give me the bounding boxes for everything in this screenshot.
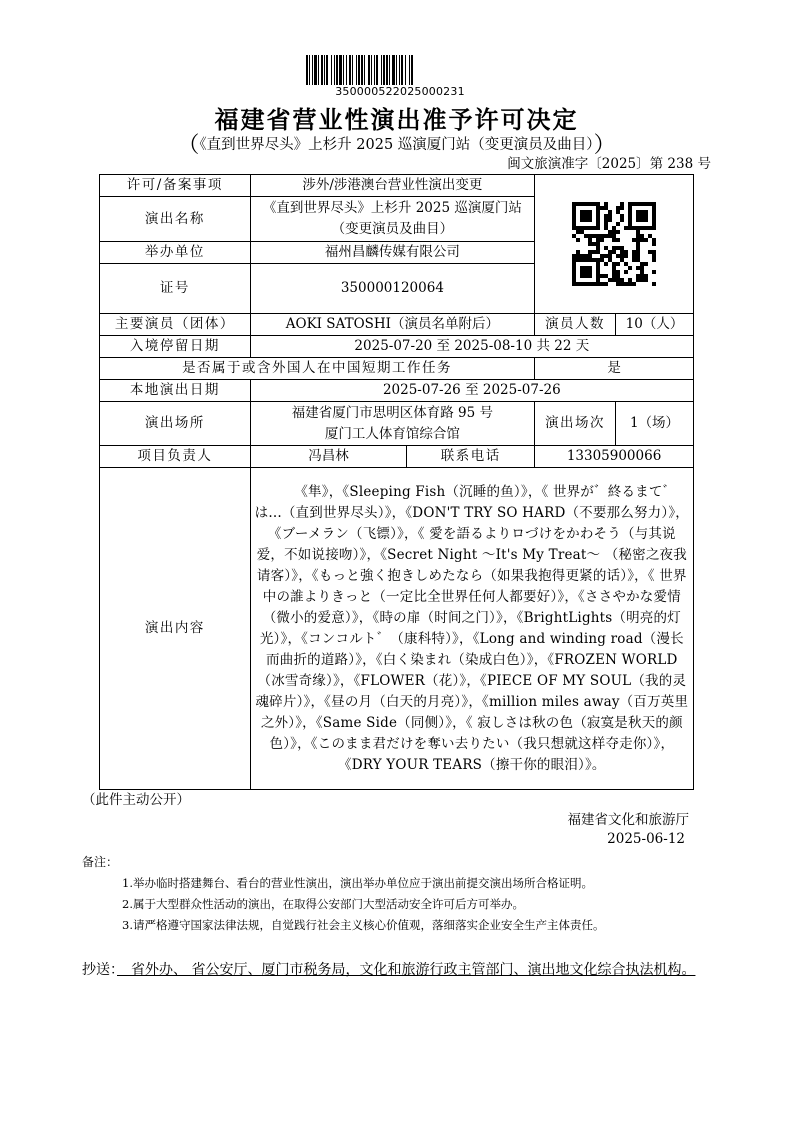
remarks-title: 备注： <box>82 853 118 870</box>
show-count-label: 演出场次 <box>535 402 616 446</box>
stay-dates-label: 入境停留日期 <box>100 336 251 358</box>
permit-item-value: 涉外/涉港澳台营业性演出变更 <box>250 175 534 197</box>
project-lead-value: 冯昌林 <box>250 446 407 468</box>
remark-item: 3.请严格遵守国家法律法规，自觉践行社会主义核心价值观，落细落实企业安全生产主体… <box>122 917 604 933</box>
cert-no-label: 证号 <box>100 264 251 314</box>
barcode-number: 35000052202500023​1 <box>300 85 500 98</box>
issuing-authority: 福建省文化和旅游厅 <box>568 808 690 828</box>
permit-table: 许可/备案事项 涉外/涉港澳台营业性演出变更 演出名称 《直到世界尽头》上杉升 … <box>99 174 694 790</box>
performer-count-value: 10（人） <box>616 314 694 336</box>
public-disclosure-note: （此件主动公开） <box>82 788 190 808</box>
permit-item-label: 许可/备案事项 <box>100 175 251 197</box>
organizer-value: 福州昌麟传媒有限公司 <box>250 242 534 264</box>
qr-code-cell <box>535 175 694 314</box>
organizer-label: 举办单位 <box>100 242 251 264</box>
stay-dates-value: 2025-07-20 至 2025-08-10 共 22 天 <box>250 336 693 358</box>
cert-no-value: 350000120064 <box>250 264 534 314</box>
issue-date: 2025-06-12 <box>607 831 685 847</box>
cc-recipients: 省外办、 省公安厅、厦门市税务局，文化和旅游行政主管部门、演出地文化综合执法机构… <box>117 962 695 978</box>
contact-phone-value: 13305900066 <box>535 446 694 468</box>
local-dates-label: 本地演出日期 <box>100 380 251 402</box>
barcode <box>306 55 490 85</box>
project-lead-label: 项目负责人 <box>100 446 251 468</box>
content-label: 演出内容 <box>100 468 251 790</box>
short-term-work-value: 是 <box>535 358 694 380</box>
show-name-value: 《直到世界尽头》上杉升 2025 巡演厦门站（变更演员及曲目） <box>250 197 534 242</box>
show-count-value: 1（场） <box>616 402 694 446</box>
contact-phone-label: 联系电话 <box>407 446 535 468</box>
subtitle-text: 《直到世界尽头》上杉升 2025 巡演厦门站（变更演员及曲目） <box>199 137 593 153</box>
remark-item: 2.属于大型群众性活动的演出，在取得公安部门大型活动安全许可后方可举办。 <box>122 896 524 912</box>
remark-item: 1.举办临时搭建舞台、看台的营业性演出，演出举办单位应于演出前提交演出场所合格证… <box>122 875 593 891</box>
venue-address: 福建省厦门市思明区体育路 95 号 <box>255 403 530 424</box>
document-number: 闽文旅演准字〔2025〕第 238 号 <box>507 152 711 172</box>
content-value: 《隼》，《Sleeping Fish（沉睡的鱼）》，《 世界が゛終るまて゛は..… <box>250 468 693 790</box>
main-performer-label: 主要演员（团体） <box>100 314 251 336</box>
venue-label: 演出场所 <box>100 402 251 446</box>
main-performer-value: AOKI SATOSHI（演员名单附后） <box>250 314 534 336</box>
venue-name: 厦门工人体育馆综合馆 <box>255 424 530 445</box>
carbon-copy: 抄送： 省外办、 省公安厅、厦门市税务局，文化和旅游行政主管部门、演出地文化综合… <box>82 960 714 981</box>
local-dates-value: 2025-07-26 至 2025-07-26 <box>250 380 693 402</box>
qr-code-icon <box>572 202 656 286</box>
venue-value: 福建省厦门市思明区体育路 95 号 厦门工人体育馆综合馆 <box>250 402 534 446</box>
subtitle-open-paren: （ <box>177 133 199 158</box>
performer-count-label: 演员人数 <box>535 314 616 336</box>
short-term-work-label: 是否属于或含外国人在中国短期工作任务 <box>100 358 535 380</box>
cc-label: 抄送： <box>82 962 117 978</box>
show-name-label: 演出名称 <box>100 197 251 242</box>
